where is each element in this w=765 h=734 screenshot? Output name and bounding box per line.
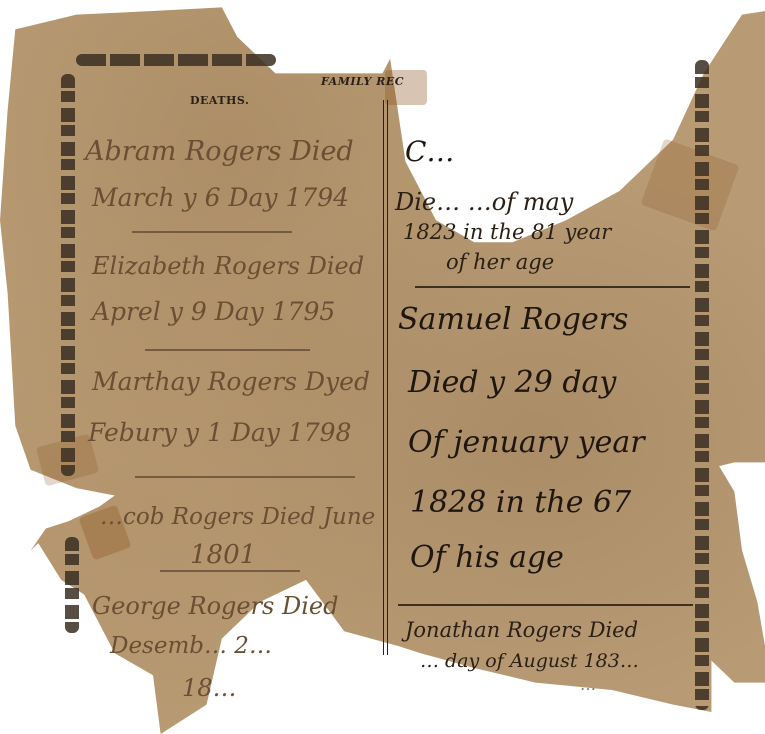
entry-samuel-line4: 1828 in the 67 bbox=[410, 485, 631, 520]
entry-unknown-line3: 1823 in the 81 year bbox=[403, 220, 611, 244]
entry-samuel-line5: Of his age bbox=[410, 540, 564, 575]
entry-separator bbox=[398, 604, 693, 606]
entry-jonathan-line3: … bbox=[580, 675, 596, 694]
entry-unknown-line4: of her age bbox=[446, 250, 554, 274]
entry-separator bbox=[160, 570, 300, 572]
entry-jacob-line2: 1801 bbox=[190, 540, 256, 570]
entry-elizabeth-line2: Aprel y 9 Day 1795 bbox=[92, 297, 335, 326]
column-divider bbox=[387, 100, 388, 655]
entry-separator bbox=[415, 286, 690, 288]
entry-george-line2: Desemb… 2… bbox=[110, 633, 272, 659]
entry-marthay-line2: Febury y 1 Day 1798 bbox=[88, 418, 351, 447]
ornamental-border-right bbox=[695, 60, 709, 710]
entry-george-line1: George Rogers Died bbox=[92, 592, 338, 620]
entry-separator bbox=[132, 231, 292, 233]
ornamental-border-left-lower bbox=[65, 537, 79, 633]
entry-unknown-line1: C… bbox=[405, 135, 454, 168]
entry-samuel-line3: Of jenuary year bbox=[408, 425, 645, 460]
entry-separator bbox=[135, 476, 355, 478]
entry-separator bbox=[145, 349, 310, 351]
entry-unknown-line2: Die… …of may bbox=[395, 188, 573, 216]
ornamental-border-top bbox=[76, 54, 276, 66]
ornamental-border-left bbox=[61, 74, 75, 476]
entry-abram-line1: Abram Rogers Died bbox=[85, 136, 354, 167]
entry-samuel-line1: Samuel Rogers bbox=[398, 302, 628, 337]
entry-jacob-line1: …cob Rogers Died June bbox=[100, 504, 375, 530]
family-record-heading: FAMILY REC bbox=[321, 75, 404, 88]
document-scan: DEATHS. FAMILY REC Abram Rogers Died Mar… bbox=[0, 0, 765, 734]
entry-george-line3: 18… bbox=[182, 674, 237, 702]
entry-jonathan-line2: … day of August 183… bbox=[420, 650, 639, 672]
deaths-heading: DEATHS. bbox=[190, 94, 249, 107]
entry-abram-line2: March y 6 Day 1794 bbox=[92, 183, 349, 212]
column-divider bbox=[383, 100, 384, 655]
entry-samuel-line2: Died y 29 day bbox=[408, 365, 616, 400]
entry-elizabeth-line1: Elizabeth Rogers Died bbox=[92, 252, 364, 280]
entry-marthay-line1: Marthay Rogers Dyed bbox=[92, 367, 370, 396]
entry-jonathan-line1: Jonathan Rogers Died bbox=[405, 618, 638, 642]
